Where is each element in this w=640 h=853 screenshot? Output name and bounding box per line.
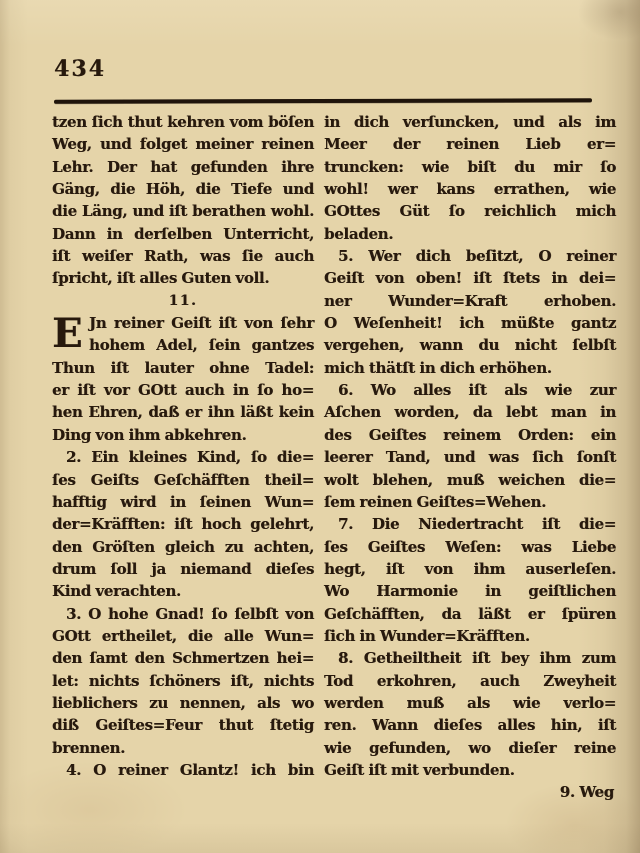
text-line: Thun iſt lauter ohne Tadel: [52,357,314,379]
text-line: GOtt ertheilet, die alle Wun= [52,625,314,647]
text-line: wie gefunden, wo dieſer reine [324,737,616,759]
text-line: hegt, iſt von ihm auserleſen. [324,558,616,580]
text-line: ner Wunder=Kraft erhoben. [324,290,616,312]
left-column: tzen ſich thut kehren vom böſenWeg, und … [52,111,314,804]
text-line: Aſchen worden, da lebt man in [324,401,616,423]
text-line: O Weſenheit! ich müßte gantz [324,312,616,334]
text-line: mich thätſt in dich erhöhen. [324,357,616,379]
text-line: werden muß als wie verlo= [324,692,616,714]
text-line: leerer Tand, und was ſich ſonſt [324,446,616,468]
book-page-scan: 434 tzen ſich thut kehren vom böſenWeg, … [0,0,640,853]
text-line: diß Geiſtes=Feur thut ſtetig [52,714,314,736]
text-columns: tzen ſich thut kehren vom böſenWeg, und … [52,111,616,804]
text-line: Geſchäfften, da läßt er ſpüren [324,603,616,625]
text-line: Geiſt iſt mit verbunden. [324,759,616,781]
text-line: Lehr. Der hat gefunden ihre [52,156,314,178]
text-line: ſpricht, iſt alles Guten voll. [52,267,314,289]
text-line: lieblichers zu nennen, als wo [52,692,314,714]
text-line: ſich in Wunder=Kräfften. [324,625,616,647]
header-rule [54,98,592,103]
text-line: ren. Wann dieſes alles hin, iſt [324,714,616,736]
text-line: in dich verſuncken, und als im [324,111,616,133]
text-line: Kind verachten. [52,580,314,602]
text-line: Meer der reinen Lieb er= [324,133,616,155]
text-line: 3. O hohe Gnad! ſo ſelbſt von [52,603,314,625]
text-line: ſem reinen Geiſtes=Wehen. [324,491,616,513]
text-line: hafftig wird in ſeinen Wun= [52,491,314,513]
text-line: hen Ehren, daß er ihn läßt kein [52,401,314,423]
text-line: den ſamt den Schmertzen hei= [52,647,314,669]
text-line: vergehen, wann du nicht ſelbſt [324,334,616,356]
text-line: iſt weiſer Rath, was ſie auch [52,245,314,267]
text-line: der=Kräfften: iſt hoch gelehrt, [52,513,314,535]
text-line: beladen. [324,223,616,245]
text-line: die Läng, und iſt berathen wohl. [52,200,314,222]
catchword: 9. Weg [324,781,616,803]
text-line: 7. Die Niedertracht iſt die= [324,513,616,535]
text-line: 4. O reiner Glantz! ich bin [52,759,314,781]
text-line: wohl! wer kans errathen, wie [324,178,616,200]
text-line: truncken: wie biſt du mir ſo [324,156,616,178]
text-line: Ding von ihm abkehren. [52,424,314,446]
text-line: brennen. [52,737,314,759]
right-column: in dich verſuncken, und als imMeer der r… [324,111,616,804]
text-line: tzen ſich thut kehren vom böſen [52,111,314,133]
text-line: Dann in derſelben Unterricht, [52,223,314,245]
text-line: hohem Adel, ſein gantzes [52,334,314,356]
text-line: 6. Wo alles iſt als wie zur [324,379,616,401]
section-heading: 11. [52,290,314,312]
text-line: EJn reiner Geiſt iſt von ſehr [52,312,314,334]
text-line: ſes Geiſtes Weſen: was Liebe [324,536,616,558]
text-line: er iſt vor GOtt auch in ſo ho= [52,379,314,401]
text-line: GOttes Güt ſo reichlich mich [324,200,616,222]
page-number: 434 [54,56,106,82]
text-line: 5. Wer dich beſitzt, O reiner [324,245,616,267]
text-line: des Geiſtes reinem Orden: ein [324,424,616,446]
text-line: wolt blehen, muß weichen die= [324,469,616,491]
text-line: Geiſt von oben! iſt ſtets in dei= [324,267,616,289]
text-line: Weg, und folget meiner reinen [52,133,314,155]
text-line-content: Jn reiner Geiſt iſt von ſehr [89,314,314,332]
text-line: 2. Ein kleines Kind, ſo die= [52,446,314,468]
text-line: ſes Geiſts Geſchäfften theil= [52,469,314,491]
text-line: den Gröſten gleich zu achten, [52,536,314,558]
text-line: 8. Getheiltheit iſt bey ihm zum [324,647,616,669]
text-line: Wo Harmonie in geiſtlichen [324,580,616,602]
text-line: Gäng, die Höh, die Tiefe und [52,178,314,200]
text-line: let: nichts ſchöners iſt, nichts [52,670,314,692]
text-line: Tod erkohren, auch Zweyheit [324,670,616,692]
text-line: drum ſoll ja niemand dieſes [52,558,314,580]
